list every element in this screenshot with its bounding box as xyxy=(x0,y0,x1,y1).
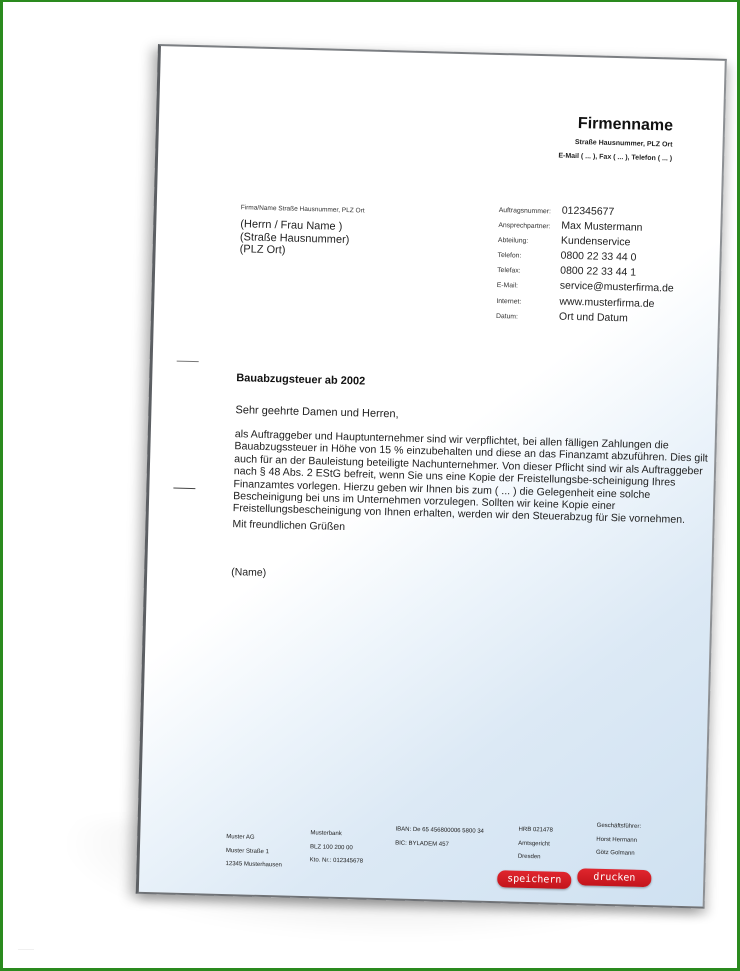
info-label: Auftragsnummer: xyxy=(499,207,562,216)
footer-line: Amtsgericht xyxy=(518,837,553,851)
footer-bank: Musterbank BLZ 100 200 00 Kto. Nr.: 0123… xyxy=(309,827,363,869)
info-row-date: Datum: Ort und Datum xyxy=(496,309,673,329)
footer-iban: IBAN: De 65 456800006 5800 34 BIC: BYLAD… xyxy=(395,822,484,852)
footer-register: HRB 021478 Amtsgericht Dresden xyxy=(518,824,553,865)
letter-closing: Mit freundlichen Grüßen xyxy=(232,518,345,533)
info-value: service@musterfirma.de xyxy=(560,280,674,295)
info-value: Kundenservice xyxy=(561,235,631,249)
info-label: Ansprechpartner: xyxy=(498,222,561,231)
info-label: Datum: xyxy=(496,313,559,322)
recipient-address: (Herrn / Frau Name ) (Straße Hausnummer)… xyxy=(239,218,349,258)
letter-body: als Auftraggeber und Hauptunternehmer si… xyxy=(233,428,665,526)
sender-return-line: Firma/Name Straße Hausnummer, PLZ Ort xyxy=(241,204,365,214)
info-value: 0800 22 33 44 0 xyxy=(560,250,636,264)
footer-line: 12345 Musterhausen xyxy=(225,858,282,873)
punch-mark xyxy=(173,488,195,490)
footer-line: Horst Hermann xyxy=(596,833,641,848)
info-label: Telefon: xyxy=(497,252,560,261)
letter-salutation: Sehr geehrte Damen und Herren, xyxy=(235,404,399,420)
footer-line: BIC: BYLADEM 457 xyxy=(395,836,484,852)
footer-company: Muster AG Muster Straße 1 12345 Musterha… xyxy=(225,831,282,873)
info-label: Telefax: xyxy=(497,267,560,276)
info-label: E-Mail: xyxy=(497,282,560,291)
info-block: Auftragsnummer: 012345677 Ansprechpartne… xyxy=(496,203,676,328)
footer-line: Geschäftsführer: xyxy=(596,820,641,835)
footer-line: BLZ 100 200 00 xyxy=(310,841,364,856)
letter-page: Firmenname Straße Hausnummer, PLZ Ort E-… xyxy=(136,44,727,909)
info-value: 012345677 xyxy=(562,205,615,218)
footer-management: Geschäftsführer: Horst Hermann Götz Golm… xyxy=(596,820,641,862)
footer-line: Muster AG xyxy=(226,831,283,846)
info-value: 0800 22 33 44 1 xyxy=(560,265,636,279)
info-value: Max Mustermann xyxy=(561,220,642,234)
footer-line: Musterbank xyxy=(310,827,364,842)
letter-subject: Bauabzugsteuer ab 2002 xyxy=(236,372,365,387)
info-value: www.musterfirma.de xyxy=(559,295,654,309)
watermark: ———— xyxy=(18,946,34,951)
print-button[interactable]: drucken xyxy=(577,868,651,887)
save-button[interactable]: speichern xyxy=(497,870,571,889)
info-value: Ort und Datum xyxy=(559,310,628,324)
company-address: Straße Hausnummer, PLZ Ort xyxy=(575,139,673,149)
company-name: Firmenname xyxy=(578,115,674,135)
footer-line: Kto. Nr.: 012345678 xyxy=(309,854,363,869)
info-label: Abteilung: xyxy=(498,237,561,246)
company-contact: E-Mail ( ... ), Fax ( ... ), Telefon ( .… xyxy=(558,153,672,163)
footer-line: HRB 021478 xyxy=(518,824,553,838)
letter-signature: (Name) xyxy=(231,566,266,579)
fold-mark xyxy=(177,361,199,363)
info-label: Internet: xyxy=(496,298,559,307)
footer-line: Götz Golmann xyxy=(596,847,641,862)
footer-line: Dresden xyxy=(518,851,553,865)
